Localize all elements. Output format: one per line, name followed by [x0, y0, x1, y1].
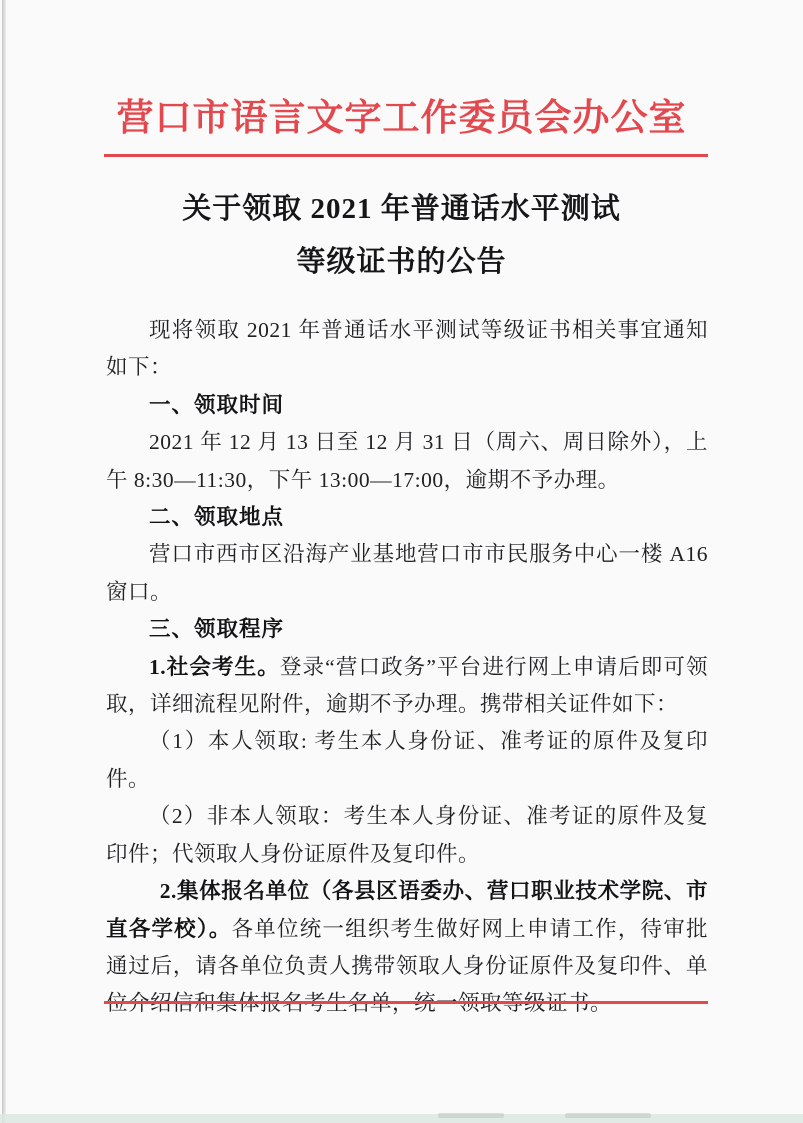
intro-paragraph: 现将领取 2021 年普通话水平测试等级证书相关事宜通知如下：	[106, 312, 708, 387]
procedure-item1-sub2: （2）非本人领取：考生本人身份证、准考证的原件及复印件；代领取人身份证原件及复印…	[106, 798, 708, 873]
document-page: 营口市语言文字工作委员会办公室 关于领取 2021 年普通话水平测试 等级证书的…	[0, 0, 803, 1123]
scan-smudge	[565, 1113, 651, 1118]
section1-heading: 一、领取时间	[106, 387, 708, 424]
procedure-item1-sub1: （1）本人领取: 考生本人身份证、准考证的原件及复印件。	[106, 723, 708, 798]
red-divider-top	[104, 154, 708, 157]
red-divider-bottom	[104, 1001, 708, 1004]
document-title: 关于领取 2021 年普通话水平测试 等级证书的公告	[0, 183, 803, 289]
section3-heading: 三、领取程序	[106, 611, 708, 648]
document-title-line2: 等级证书的公告	[0, 236, 803, 289]
scan-left-edge	[2, 0, 6, 1123]
document-body: 现将领取 2021 年普通话水平测试等级证书相关事宜通知如下： 一、领取时间 2…	[106, 312, 708, 1023]
document-title-line1: 关于领取 2021 年普通话水平测试	[0, 183, 803, 236]
issuing-org-title: 营口市语言文字工作委员会办公室	[0, 87, 803, 141]
procedure-item1-lead: 1.社会考生。	[149, 655, 280, 679]
scan-smudge	[438, 1113, 504, 1118]
section2-heading: 二、领取地点	[106, 499, 708, 536]
section2-text: 营口市西市区沿海产业基地营口市市民服务中心一楼 A16 窗口。	[106, 536, 708, 611]
procedure-item1: 1.社会考生。登录“营口政务”平台进行网上申请后即可领取，详细流程见附件，逾期不…	[106, 649, 708, 724]
section1-text: 2021 年 12 月 13 日至 12 月 31 日（周六、周日除外），上午 …	[106, 424, 708, 499]
scan-bottom-edge	[0, 1114, 803, 1123]
